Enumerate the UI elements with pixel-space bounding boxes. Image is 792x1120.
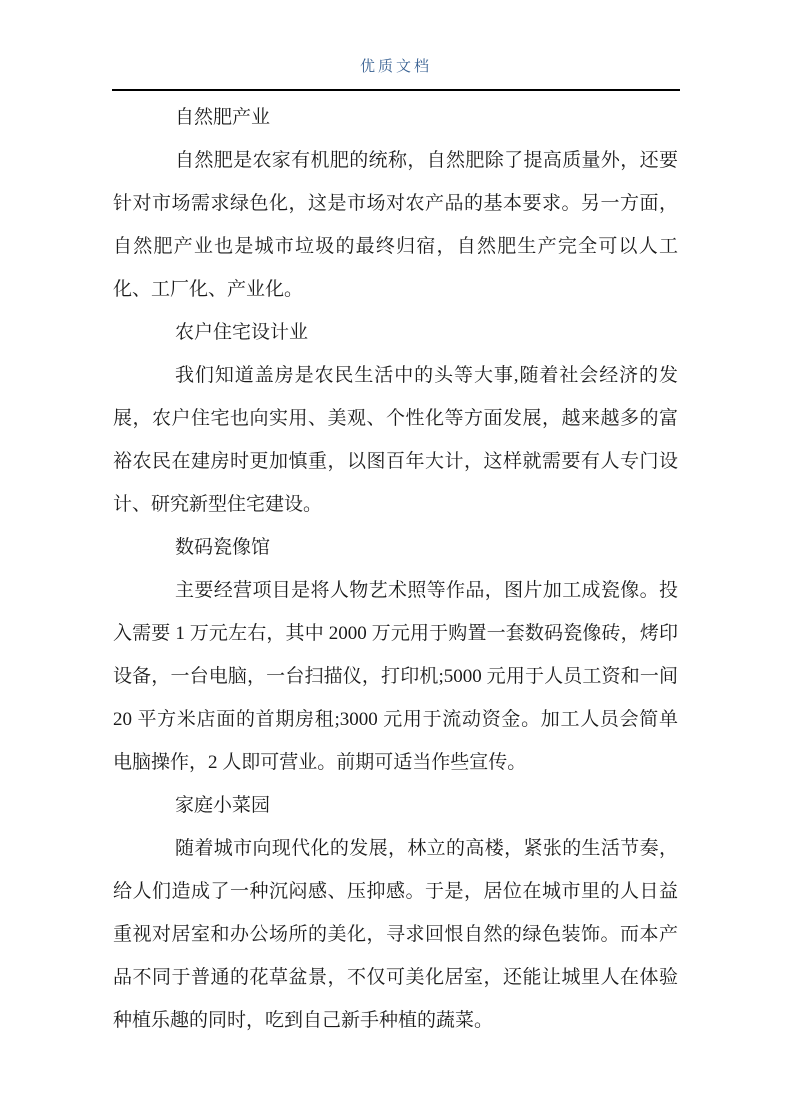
section-heading: 数码瓷像馆 <box>113 526 678 569</box>
header-title: 优质文档 <box>360 55 432 76</box>
document-body: 自然肥产业 自然肥是农家有机肥的统称，自然肥除了提高质量外，还要针对市场需求绿色… <box>113 96 678 1042</box>
page-header: 优质文档 <box>0 0 792 76</box>
paragraph: 主要经营项目是将人物艺术照等作品，图片加工成瓷像。投入需要 1 万元左右，其中 … <box>113 569 678 784</box>
section-heading: 家庭小菜园 <box>113 784 678 827</box>
section-heading: 农户住宅设计业 <box>113 311 678 354</box>
section-heading: 自然肥产业 <box>113 96 678 139</box>
paragraph: 随着城市向现代化的发展，林立的高楼，紧张的生活节奏，给人们造成了一种沉闷感、压抑… <box>113 827 678 1042</box>
header-divider <box>112 89 680 91</box>
document-page: 优质文档 自然肥产业 自然肥是农家有机肥的统称，自然肥除了提高质量外，还要针对市… <box>0 0 792 1120</box>
paragraph: 自然肥是农家有机肥的统称，自然肥除了提高质量外，还要针对市场需求绿色化，这是市场… <box>113 139 678 311</box>
paragraph: 我们知道盖房是农民生活中的头等大事,随着社会经济的发展，农户住宅也向实用、美观、… <box>113 354 678 526</box>
